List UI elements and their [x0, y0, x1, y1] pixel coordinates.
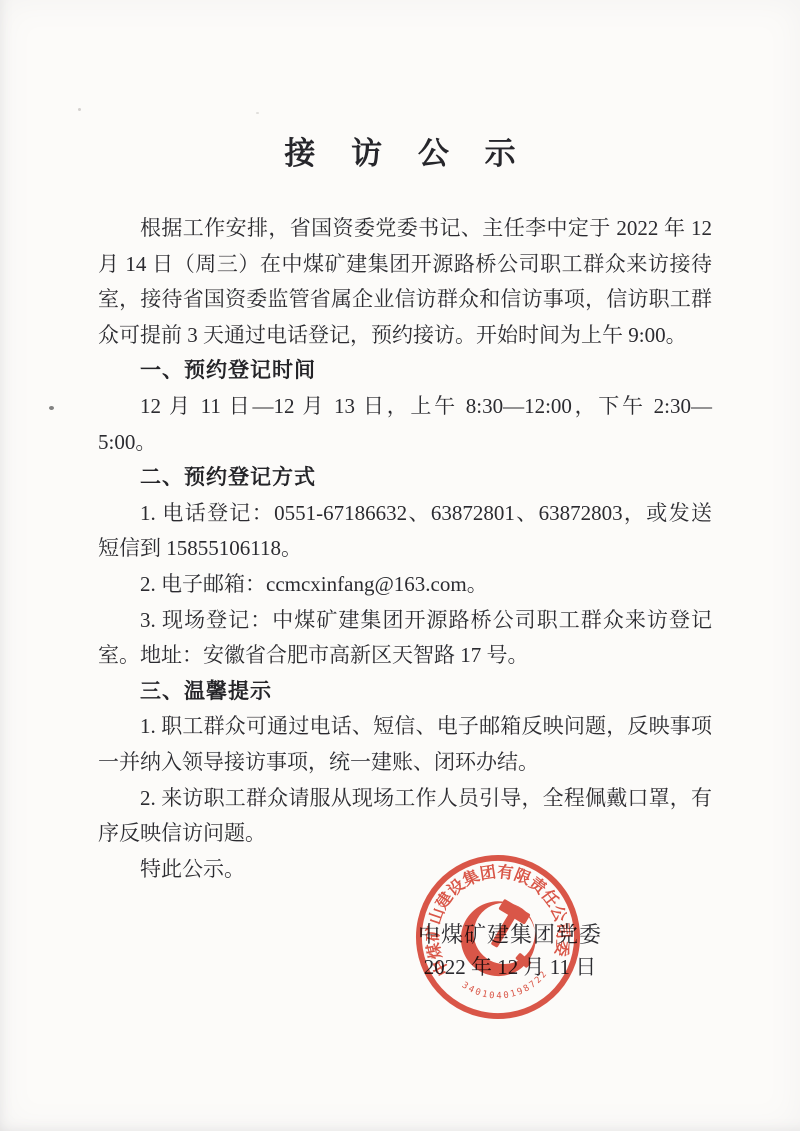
section-2-item: 3. 现场登记：中煤矿建集团开源路桥公司职工群众来访登记室。地址：安徽省合肥市高…: [98, 603, 712, 674]
intro-paragraph: 根据工作安排，省国资委党委书记、主任李中定于 2022 年 12 月 14 日（…: [98, 211, 712, 353]
closing-line: 特此公示。: [98, 852, 712, 888]
document-body: 根据工作安排，省国资委党委书记、主任李中定于 2022 年 12 月 14 日（…: [98, 211, 712, 887]
page-title: 接 访 公 示: [0, 128, 800, 173]
section-1-item: 12 月 11 日—12 月 13 日，上午 8:30—12:00，下午 2:3…: [98, 389, 712, 460]
signature-block: 中煤矿建集团党委 2022 年 12 月 11 日: [416, 918, 604, 984]
scan-speck: [49, 406, 54, 410]
scanned-notice-page: 接 访 公 示 根据工作安排，省国资委党委书记、主任李中定于 2022 年 12…: [0, 0, 800, 1131]
section-2-item: 2. 电子邮箱：ccmcxinfang@163.com。: [98, 567, 712, 603]
section-1-heading: 一、预约登记时间: [98, 353, 712, 389]
scan-speck: [256, 112, 259, 114]
section-2-heading: 二、预约登记方式: [98, 460, 712, 496]
section-3-item: 2. 来访职工群众请服从现场工作人员引导，全程佩戴口罩，有序反映信访问题。: [98, 781, 712, 852]
section-3-heading: 三、温馨提示: [98, 674, 712, 710]
signature-org: 中煤矿建集团党委: [416, 918, 604, 951]
section-2-item: 1. 电话登记：0551-67186632、63872801、63872803，…: [98, 496, 712, 567]
signature-date: 2022 年 12 月 11 日: [416, 951, 604, 984]
section-3-item: 1. 职工群众可通过电话、短信、电子邮箱反映问题，反映事项一并纳入领导接访事项，…: [98, 709, 712, 780]
scan-speck: [78, 108, 81, 111]
